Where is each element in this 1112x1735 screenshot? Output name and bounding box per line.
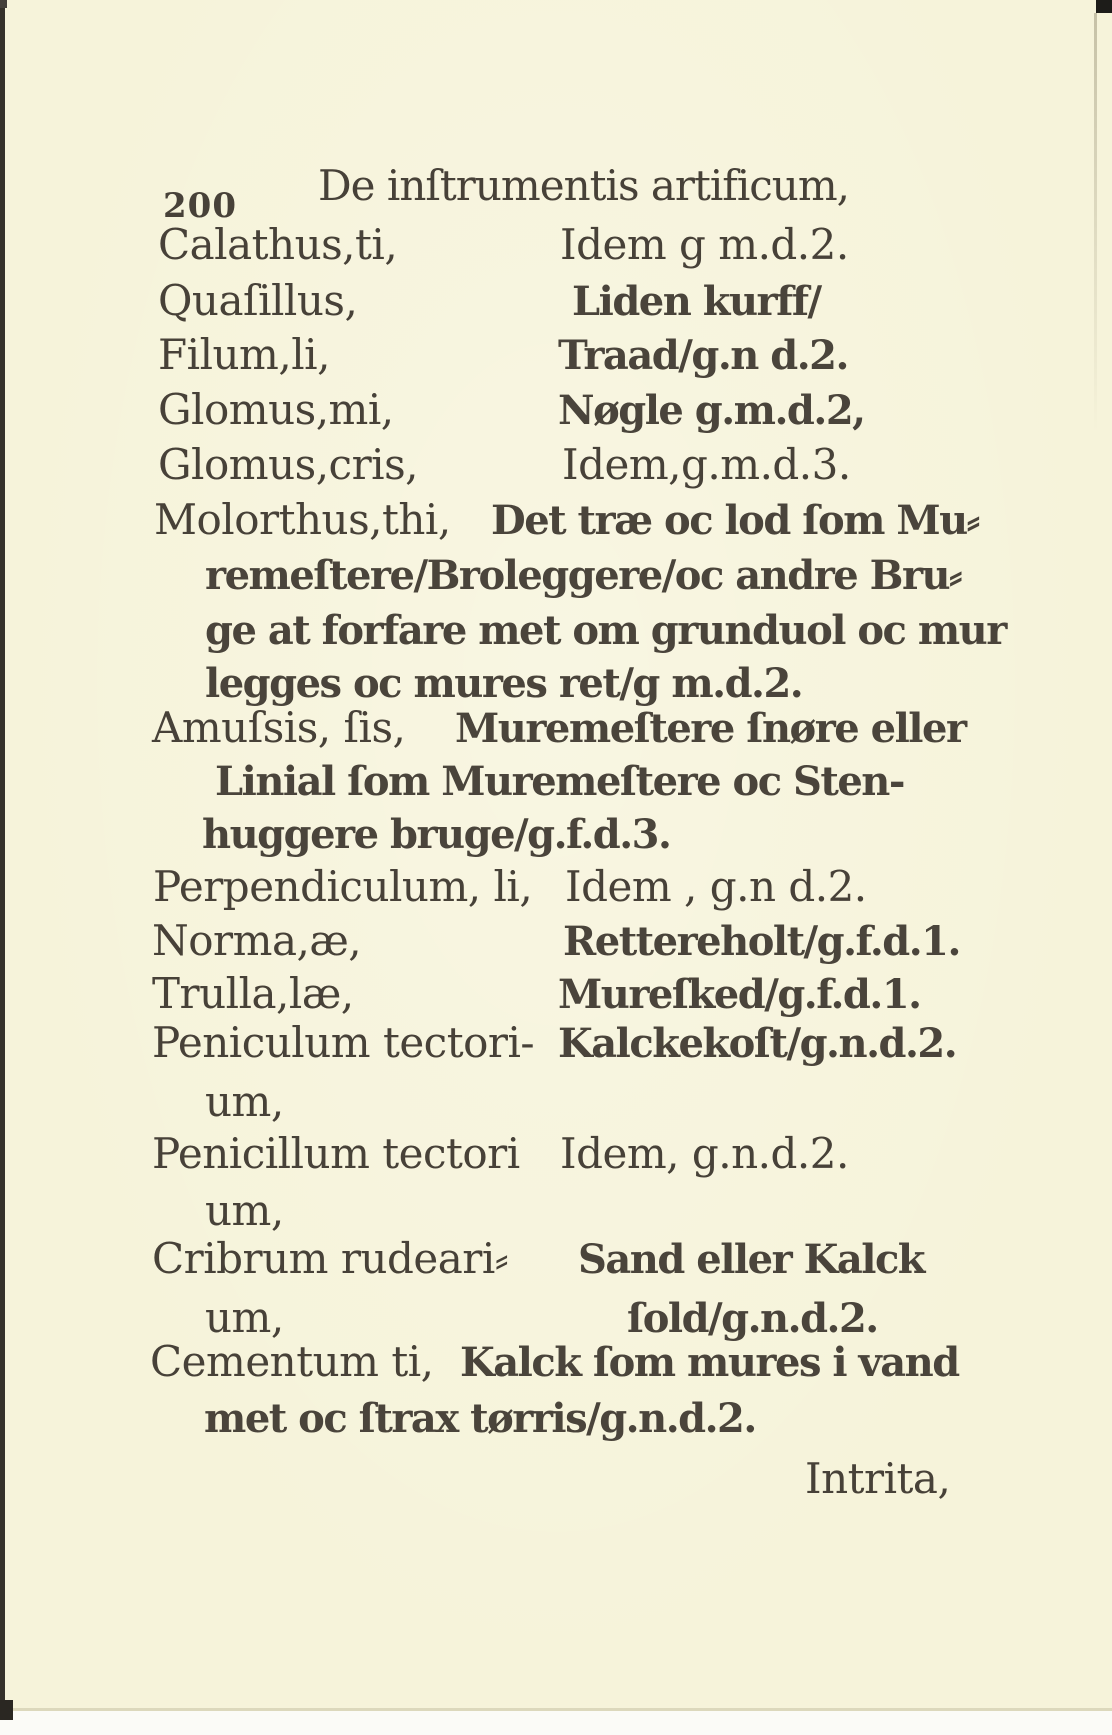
definition-cementum-line2: met oc ſtrax tørris/g.n.d.2. <box>204 1399 756 1439</box>
lemma-molorthus: Molorthus,thi, <box>154 499 451 541</box>
lemma-filum: Filum,li, <box>158 334 330 376</box>
definition-molorthus-line3: ge at forfare met om grunduol oc mur <box>205 611 1006 651</box>
definition-norma: Rettereholt/g.f.d.1. <box>563 922 960 962</box>
definition-molorthus-line2: remeſtere/Broleggere/oc andre Bru⸗ <box>205 556 961 596</box>
lemma-glomus-cris: Glomus,cris, <box>158 444 418 486</box>
lemma-glomus-mi: Glomus,mi, <box>158 389 394 431</box>
scanner-bottom-gutter <box>0 1711 1112 1735</box>
lemma-cementum: Cementum ti, <box>150 1341 434 1383</box>
scan-top-left-mark <box>0 0 7 8</box>
definition-amussis-line2: Linial ſom Muremeſtere oc Sten- <box>215 762 904 802</box>
definition-molorthus-line4: legges oc mures ret/g m.d.2. <box>205 664 802 704</box>
definition-glomus-mi: Nøgle g.m.d.2, <box>558 391 865 431</box>
definition-calathus: Idem g m.d.2. <box>560 224 849 266</box>
definition-cribrum-line1: Sand eller Kalck <box>578 1240 924 1280</box>
lemma-amussis: Amuſsis, ſis, <box>152 707 405 749</box>
scan-left-edge <box>0 8 5 1705</box>
running-header: De inſtrumentis artificum, <box>318 165 849 207</box>
lemma-penicillum: Penicillum tectori <box>152 1133 520 1175</box>
page-crease-shadow <box>1094 13 1097 433</box>
lemma-norma: Norma,æ, <box>152 920 361 962</box>
lemma-perpendiculum: Perpendiculum, li, <box>153 866 532 908</box>
definition-amussis-line3: huggere bruge/g.f.d.3. <box>202 815 670 855</box>
definition-quasillus: Liden kurff/ <box>572 282 821 322</box>
scan-bottom-left-mark <box>0 1700 13 1720</box>
definition-peniculum: Kalckekoſt/g.n.d.2. <box>558 1024 956 1064</box>
lemma-penicillum-cont: um, <box>205 1190 284 1232</box>
catchword: Intrita, <box>805 1458 950 1500</box>
lemma-peniculum: Peniculum tectori- <box>152 1022 534 1064</box>
definition-cribrum-line2: ſold/g.n.d.2. <box>627 1299 878 1339</box>
scan-top-right-corner-mark <box>1096 0 1112 13</box>
lemma-calathus: Calathus,ti, <box>158 224 397 266</box>
lemma-cribrum: Cribrum rudeari⸗ <box>152 1238 508 1280</box>
definition-glomus-cris: Idem,g.m.d.3. <box>562 444 851 486</box>
definition-trulla: Mureſked/g.f.d.1. <box>558 975 921 1015</box>
definition-cementum-line1: Kalck ſom mures i vand <box>460 1343 959 1383</box>
lemma-trulla: Trulla,læ, <box>152 973 354 1015</box>
scanned-book-page: 200 De inſtrumentis artificum, Calathus,… <box>0 0 1112 1735</box>
lemma-peniculum-cont: um, <box>205 1081 284 1123</box>
definition-penicillum: Idem, g.n.d.2. <box>560 1133 849 1175</box>
lemma-quasillus: Quaſillus, <box>158 280 357 322</box>
definition-amussis-line1: Muremeſtere ſnøre eller <box>455 709 966 749</box>
definition-perpendiculum: Idem , g.n d.2. <box>565 866 867 908</box>
lemma-cribrum-cont: um, <box>205 1297 284 1339</box>
definition-molorthus-line1: Det træ oc lod ſom Mu⸗ <box>491 501 979 541</box>
definition-filum: Traad/g.n d.2. <box>558 336 848 376</box>
